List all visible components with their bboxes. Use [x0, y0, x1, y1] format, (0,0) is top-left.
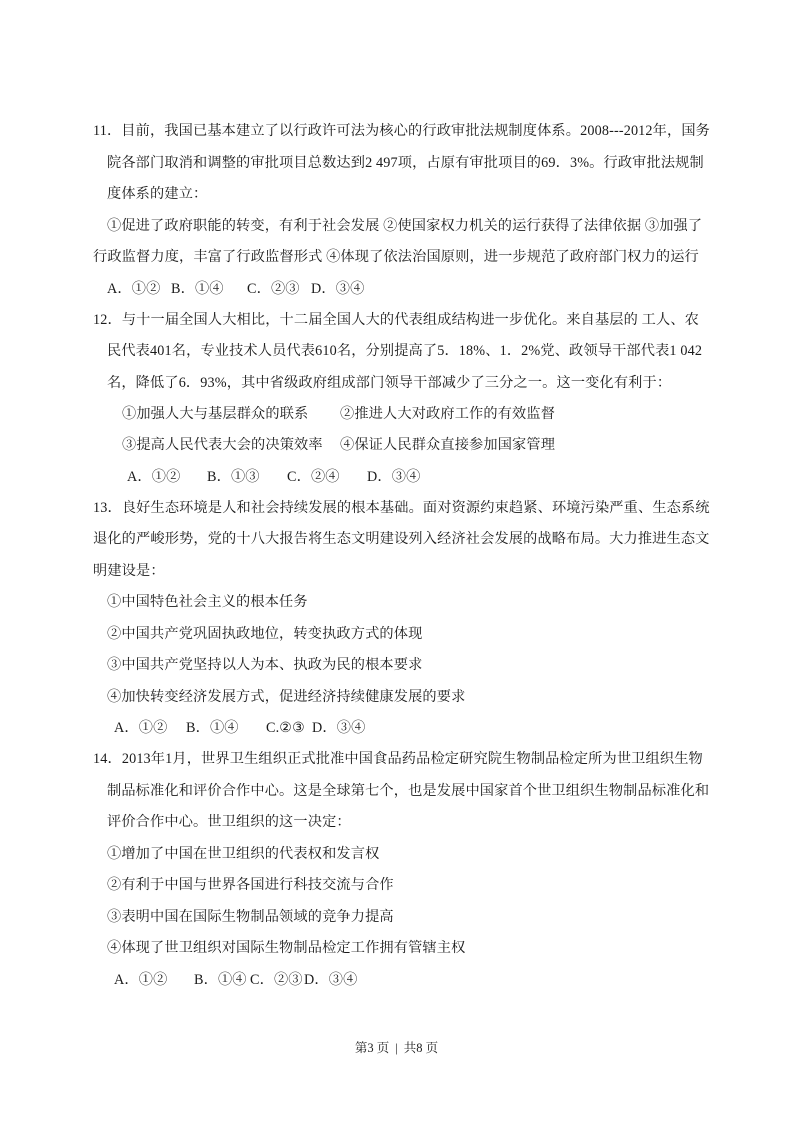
answer-choice-a: A．①②: [114, 719, 186, 737]
answer-choice-a: A．①②: [114, 971, 194, 989]
statement-options-line: ①促进了政府职能的转变，有利于社会发展 ②使国家权力机关的运行获得了法律依据 ③…: [107, 217, 702, 235]
statement-option-4: ④加快转变经济发展方式，促进经济持续健康发展的要求: [107, 688, 465, 706]
page-footer: 第3 页|共8 页: [0, 1040, 793, 1056]
answer-choice-d: D．③④: [311, 280, 364, 298]
answer-choice-d: D．③④: [367, 468, 420, 486]
statement-option-2: ②推进人大对政府工作的有效监督: [340, 405, 555, 423]
statement-option-2: ②有利于中国与世界各国进行科技交流与合作: [107, 876, 394, 894]
question-stem-line: 明建设是：: [93, 562, 165, 580]
question-stem-line: 度体系的建立：: [107, 185, 207, 203]
question-stem-line: 制品标准化和评价合作中心。这是全球第七个，也是发展中国家首个世卫组织生物制品标准…: [107, 782, 709, 800]
answer-choice-a: A．①②: [107, 280, 171, 298]
footer-separator: |: [395, 1041, 398, 1055]
answer-choice-a: A．①②: [127, 468, 207, 486]
total-page-count: 共8 页: [404, 1041, 438, 1055]
question-stem-line: 民代表401名，专业技术人员代表610名，分别提高了5．18%、1．2%党、政领…: [107, 342, 702, 360]
statement-option-3: ③提高人民代表大会的决策效率: [122, 436, 323, 454]
statement-option-4: ④体现了世卫组织对国际生物制品检定工作拥有管辖主权: [107, 939, 465, 957]
statement-option-3: ③表明中国在国际生物制品领域的竞争力提高: [107, 908, 394, 926]
statement-option-1: ①中国特色社会主义的根本任务: [107, 593, 308, 611]
answer-choice-c: C．②④: [287, 468, 367, 486]
answer-choices: A．①②B．①③C．②④D．③④: [127, 468, 420, 486]
answer-choice-b: B．①③: [207, 468, 287, 486]
question-stem-line: 评价合作中心。世卫组织的这一决定：: [107, 813, 351, 831]
answer-choice-c: C．②③: [250, 971, 304, 989]
statement-option-4: ④保证人民群众直接参加国家管理: [340, 436, 555, 454]
answer-choices: A．①②B．①④C．②③D．③④: [114, 971, 357, 989]
answer-choice-d: D．③④: [312, 719, 365, 737]
statement-option-1: ①加强人大与基层群众的联系: [122, 405, 308, 423]
statement-option-1: ①增加了中国在世卫组织的代表权和发言权: [107, 845, 379, 863]
current-page-number: 第3 页: [355, 1041, 389, 1055]
answer-choices: A．①②B．①④C.②③D．③④: [114, 719, 365, 737]
question-stem-line: 12．与十一届全国人大相比，十二届全国人大的代表组成结构进一步优化。来自基层的 …: [93, 311, 699, 329]
question-stem-line: 院各部门取消和调整的审批项目总数达到2 497项，占原有审批项目的69．3%。行…: [107, 154, 704, 172]
statement-option-3: ③中国共产党坚持以人为本、执政为民的根本要求: [107, 656, 422, 674]
question-stem-line: 名，降低了6．93%，其中省级政府组成部门领导干部减少了三分之一。这一变化有利于…: [107, 374, 671, 392]
answer-choice-d: D．③④: [304, 971, 357, 989]
statement-options-line: 行政监督力度，丰富了行政监督形式 ④体现了依法治国原则，进一步规范了政府部门权力…: [93, 248, 699, 266]
answer-choice-c: C．②③: [247, 280, 311, 298]
answer-choice-b: B．①④: [186, 719, 266, 737]
question-stem-line: 13．良好生态环境是人和社会持续发展的根本基础。面对资源约束趋紧、环境污染严重、…: [93, 499, 710, 517]
question-stem-line: 11．目前，我国已基本建立了以行政许可法为核心的行政审批法规制度体系。2008-…: [93, 122, 710, 140]
question-stem-line: 退化的严峻形势，党的十八大报告将生态文明建设列入经济社会发展的战略布局。大力推进…: [93, 530, 710, 548]
answer-choice-b: B．①④: [194, 971, 250, 989]
question-stem-line: 14．2013年1月，世界卫生组织正式批准中国食品药品检定研究院生物制品检定所为…: [93, 750, 703, 768]
answer-choices: A．①②B．①④C．②③D．③④: [107, 280, 364, 298]
answer-choice-c: C.②③: [266, 719, 312, 737]
statement-option-2: ②中国共产党巩固执政地位，转变执政方式的体现: [107, 625, 422, 643]
answer-choice-b: B．①④: [171, 280, 247, 298]
document-page: 11．目前，我国已基本建立了以行政许可法为核心的行政审批法规制度体系。2008-…: [0, 0, 793, 1122]
